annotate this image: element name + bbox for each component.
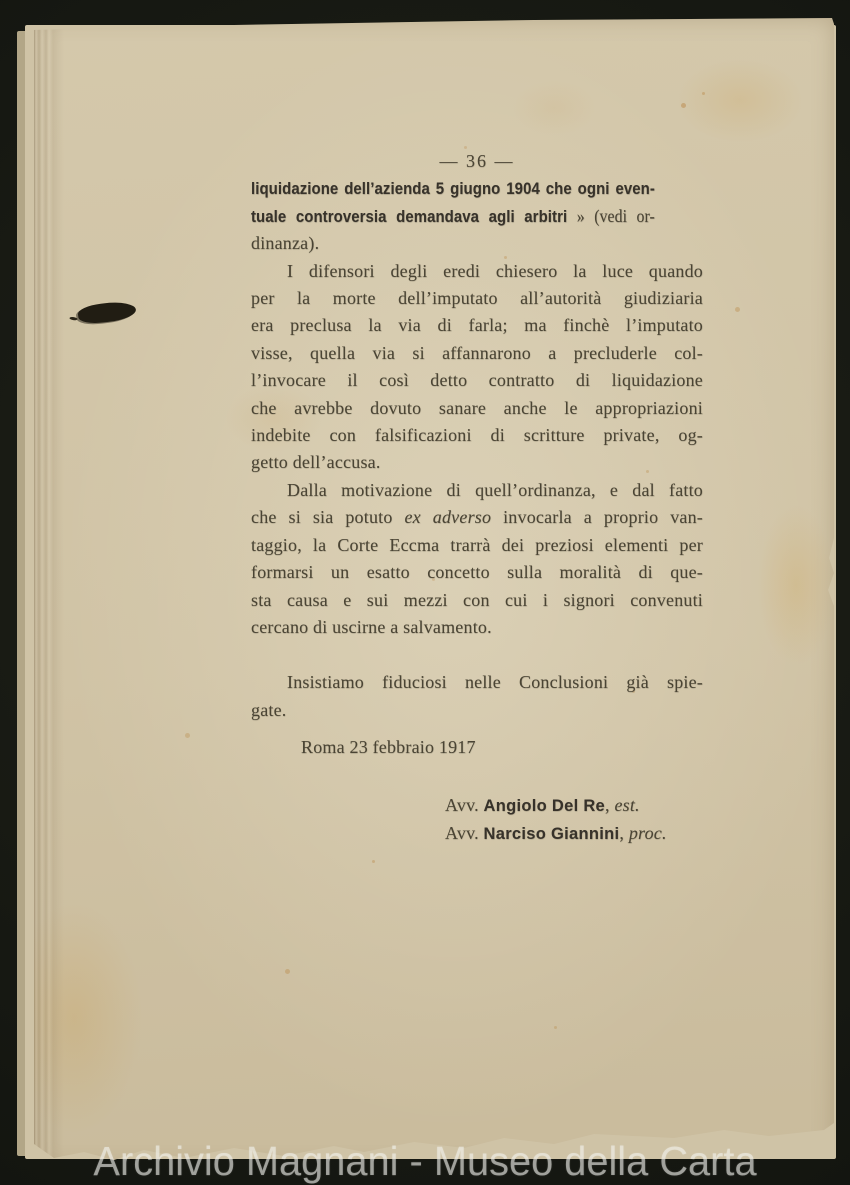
- body-line: per la morte dell’imputato all’autorità …: [251, 285, 703, 312]
- document-text-column: — 36 — liquidazione dell’azienda 5 giugn…: [251, 148, 703, 848]
- page-number: — 36 —: [251, 148, 703, 175]
- body-line: gate.: [251, 697, 703, 724]
- body-segment: che si sia potuto: [251, 507, 404, 527]
- foxing-stains: [34, 18, 37, 21]
- signature-role: est.: [614, 795, 639, 815]
- signature-name: Angiolo Del Re: [484, 797, 606, 815]
- heading-line-2-regular: » (vedi or-: [577, 206, 655, 226]
- signature-sep: ,: [619, 823, 628, 843]
- signature-line: Avv. Narciso Giannini, proc.: [251, 820, 703, 848]
- heading-line-1: liquidazione dell’azienda 5 giugno 1904 …: [251, 175, 655, 202]
- heading-line-3: dinanza).: [251, 230, 703, 257]
- body-line: taggio, la Corte Eccma trarrà dei prezio…: [251, 532, 703, 559]
- body-line: era preclusa la via di farla; ma finchè …: [251, 312, 703, 339]
- body-line: indebite con falsificazioni di scritture…: [251, 422, 703, 449]
- body-line: sta causa e sui mezzi con cui i signori …: [251, 587, 703, 614]
- body-line: cercano di uscirne a salvamento.: [251, 614, 703, 641]
- body-line: che si sia potuto ex adverso invocarla a…: [251, 504, 703, 531]
- body-line: I difensori degli eredi chiesero la luce…: [251, 258, 703, 285]
- dateline: Roma 23 febbraio 1917: [251, 734, 703, 761]
- body-line: Insistiamo fiduciosi nelle Conclusioni g…: [251, 669, 703, 696]
- body-line: che avrebbe dovuto sanare anche le appro…: [251, 395, 703, 422]
- signature-prefix: Avv.: [445, 795, 484, 815]
- signature-line: Avv. Angiolo Del Re, est.: [251, 792, 703, 820]
- body-line: Dalla motivazione di quell’ordinanza, e …: [251, 477, 703, 504]
- heading-line-2-bold: tuale controversia demandava agli arbitr…: [251, 207, 567, 226]
- body-line: formarsi un esatto concetto sulla morali…: [251, 559, 703, 586]
- body-line: getto dell’accusa.: [251, 449, 703, 476]
- body-segment: invocarla a proprio van-: [491, 507, 703, 527]
- latin-phrase: ex adverso: [404, 507, 491, 527]
- body-line: visse, quella via si affannarono a precl…: [251, 340, 703, 367]
- signature-role: proc.: [629, 823, 667, 843]
- ink-blot: [77, 300, 137, 326]
- heading-line-2: tuale controversia demandava agli arbitr…: [251, 203, 655, 230]
- watermark-text: Archivio Magnani - Museo della Carta: [13, 1138, 838, 1185]
- signature-name: Narciso Giannini: [484, 825, 620, 843]
- signature-prefix: Avv.: [445, 823, 484, 843]
- body-line: l’invocare il così detto contratto di li…: [251, 367, 703, 394]
